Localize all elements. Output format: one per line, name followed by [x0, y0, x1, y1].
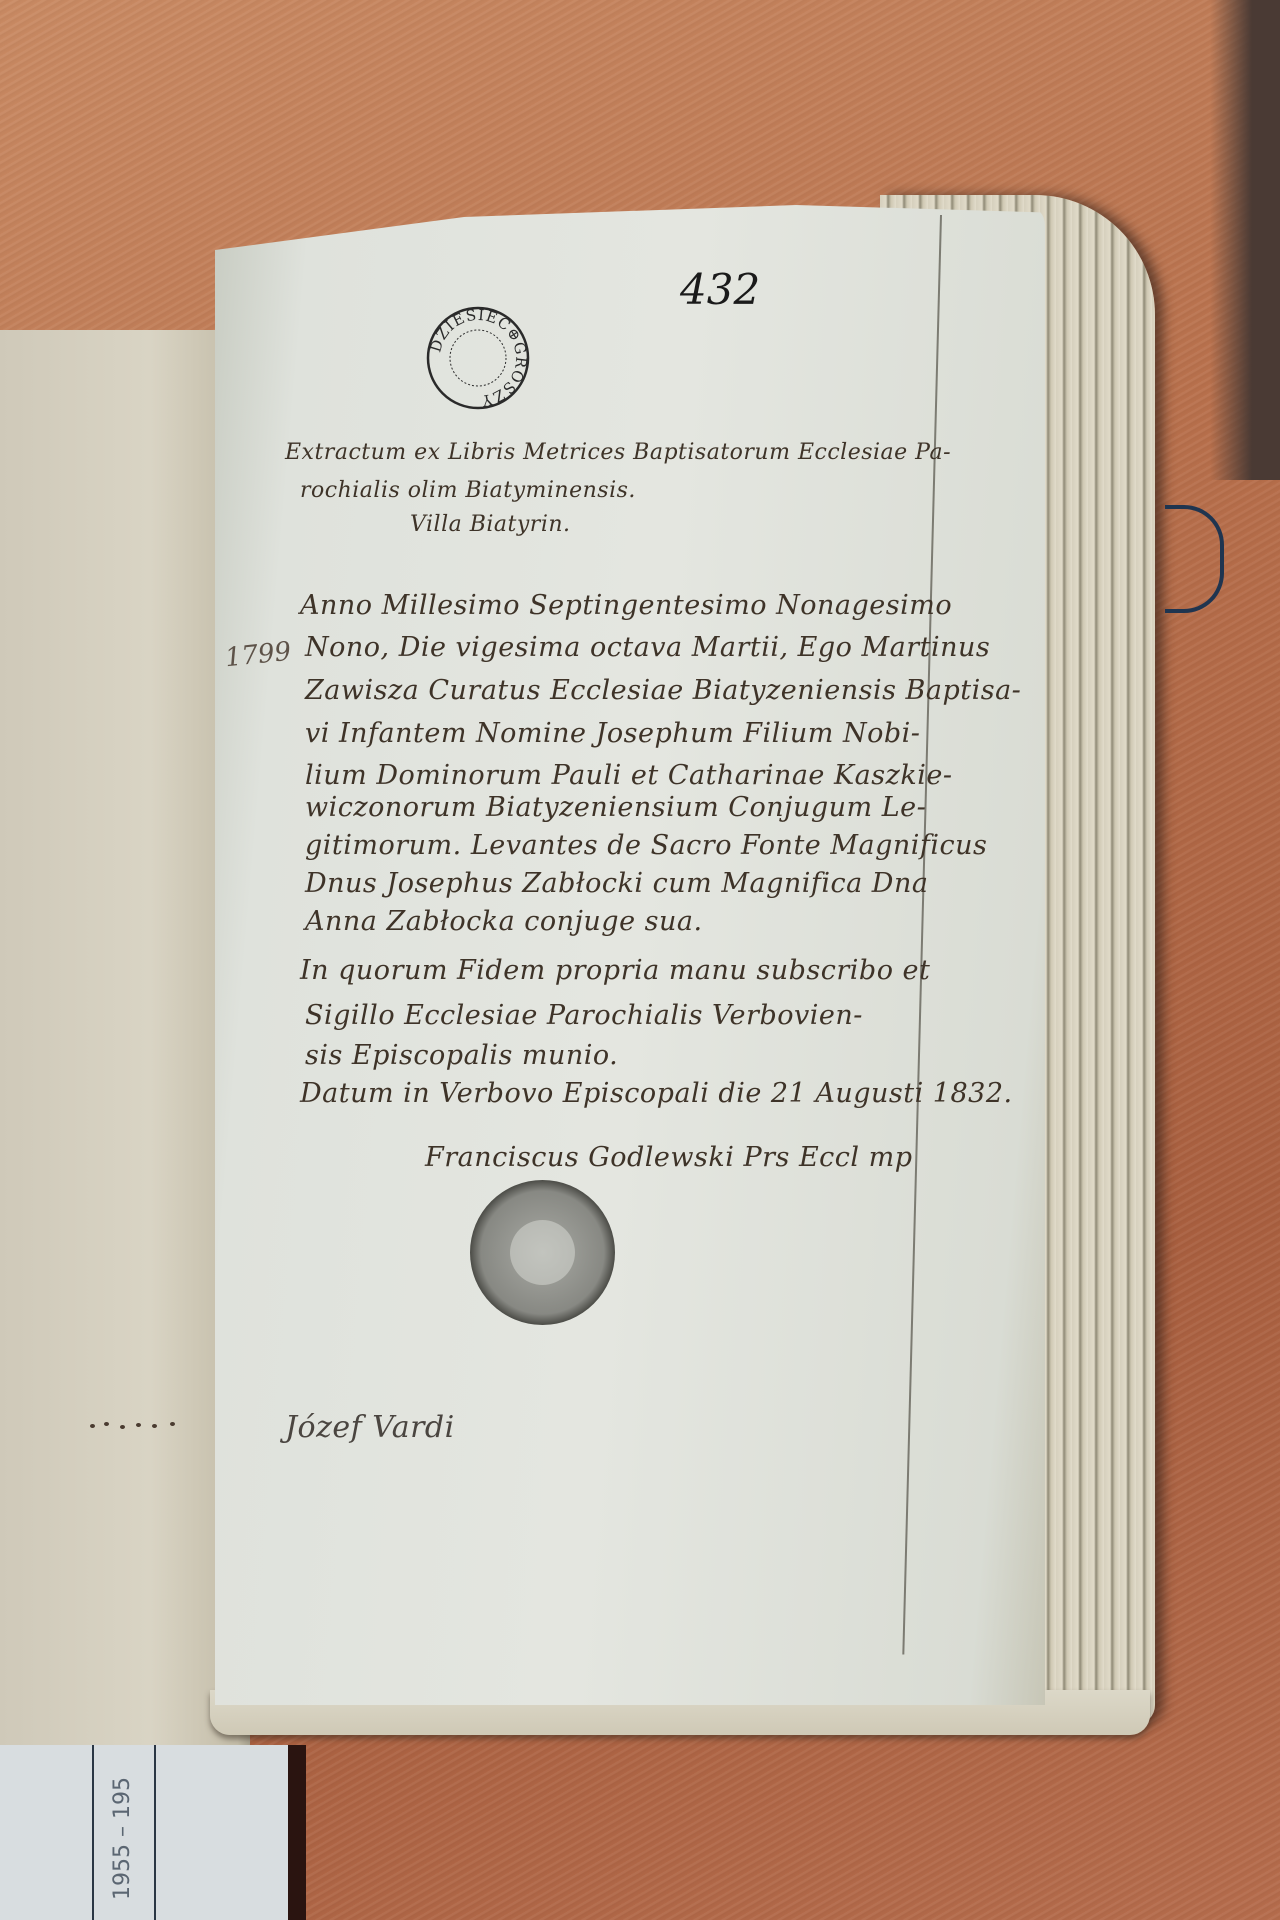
entry-line: Anno Millesimo Septingentesimo Nonagesim… [300, 590, 952, 621]
attestation-line: In quorum Fidem propria manu subscribo e… [300, 955, 930, 986]
bottom-signature: Józef Vardi [285, 1410, 455, 1445]
entry-line: Dnus Josephus Zabłocki cum Magnifica Dna [305, 868, 928, 899]
entry-line: Nono, Die vigesima octava Martii, Ego Ma… [305, 632, 990, 663]
card-shadow [288, 1745, 306, 1920]
entry-line: Zawisza Curatus Ecclesiae Biatyzeniensis… [305, 675, 1021, 706]
left-page [0, 330, 250, 1750]
ink-stains [90, 1420, 210, 1432]
entry-line: lium Dominorum Pauli et Catharinae Kaszk… [305, 760, 952, 791]
background-shadow [1210, 0, 1280, 480]
page-number: 432 [680, 265, 760, 314]
bookmark-ribbon[interactable] [1165, 505, 1224, 613]
priest-signature: Franciscus Godlewski Prs Eccl mp [425, 1142, 913, 1173]
header-line-2: rochialis olim Biatyminensis. [300, 478, 636, 503]
archive-label-card: 1955 – 195 [0, 1745, 290, 1920]
parish-seal-icon [470, 1180, 615, 1325]
date-line: Datum in Verbovo Episcopali die 21 Augus… [300, 1078, 1013, 1109]
village-heading: Villa Biatyrin. [410, 512, 571, 537]
entry-line: gitimorum. Levantes de Sacro Fonte Magni… [305, 830, 987, 861]
tax-stamp-icon: DZIESIEC⊕GROSZY [425, 305, 531, 411]
attestation-line: sis Episcopalis munio. [305, 1040, 618, 1071]
header-line-1: Extractum ex Libris Metrices Baptisatoru… [285, 440, 951, 465]
entry-line: Anna Zabłocka conjuge sua. [305, 906, 703, 937]
archive-date-range: 1955 – 195 [110, 1777, 135, 1900]
entry-line: wiczonorum Biatyzeniensium Conjugum Le- [305, 792, 926, 823]
label-rule [92, 1745, 94, 1920]
attestation-line: Sigillo Ecclesiae Parochialis Verbovien- [305, 1000, 863, 1031]
label-rule [154, 1745, 156, 1920]
entry-line: vi Infantem Nomine Josephum Filium Nobi- [305, 718, 920, 749]
